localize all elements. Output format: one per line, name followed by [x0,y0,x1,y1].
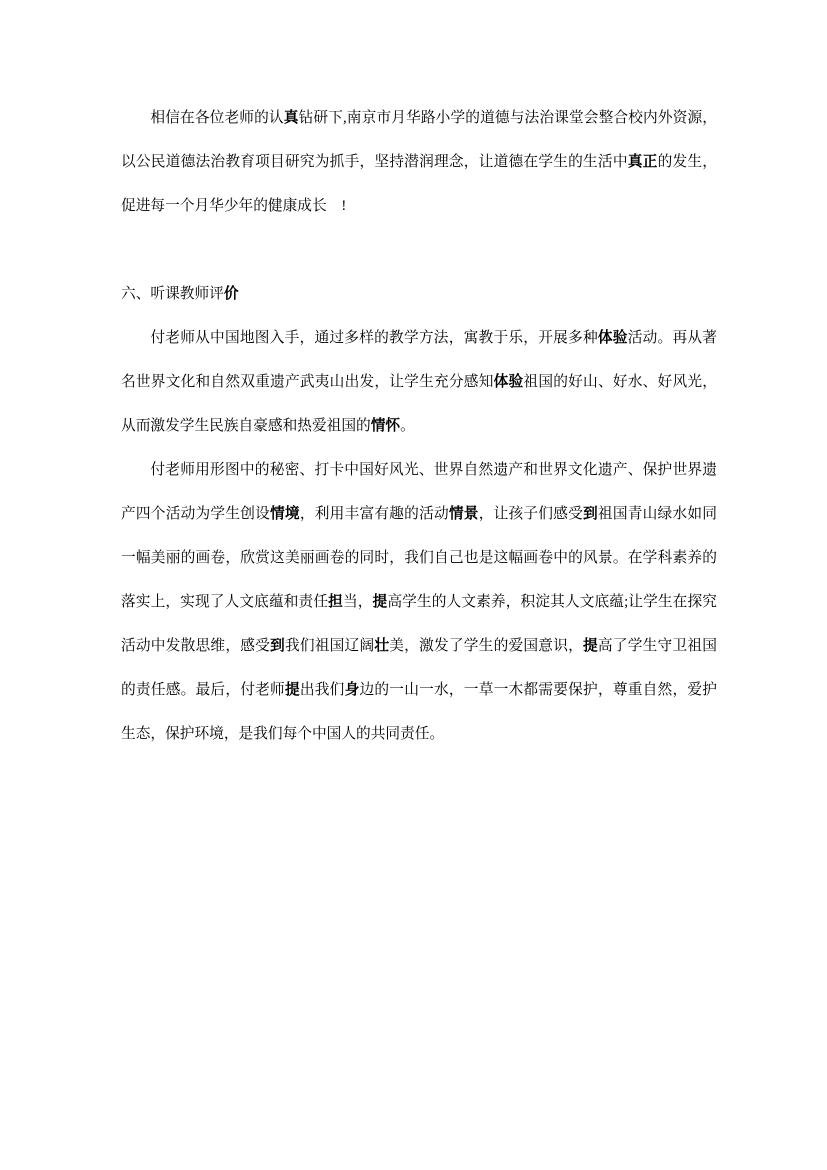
section-heading: 六、听课教师评价 [121,272,717,316]
teacher-evaluation-paragraph-1: 付老师从中国地图入手，通过多样的教学方法，寓教于乐，开展多种体验活动。再从著名世… [121,316,717,448]
blank-line [121,228,717,272]
document-page: 相信在各位老师的认真钻研下,南京市月华路小学的道德与法治课堂会整合校内外资源，以… [0,0,827,1170]
closing-paragraph: 相信在各位老师的认真钻研下,南京市月华路小学的道德与法治课堂会整合校内外资源，以… [121,96,717,228]
teacher-evaluation-paragraph-2: 付老师用形图中的秘密、打卡中国好风光、世界自然遗产和世界文化遗产、保护世界遗产四… [121,448,717,756]
document-body: 相信在各位老师的认真钻研下,南京市月华路小学的道德与法治课堂会整合校内外资源，以… [121,96,717,756]
